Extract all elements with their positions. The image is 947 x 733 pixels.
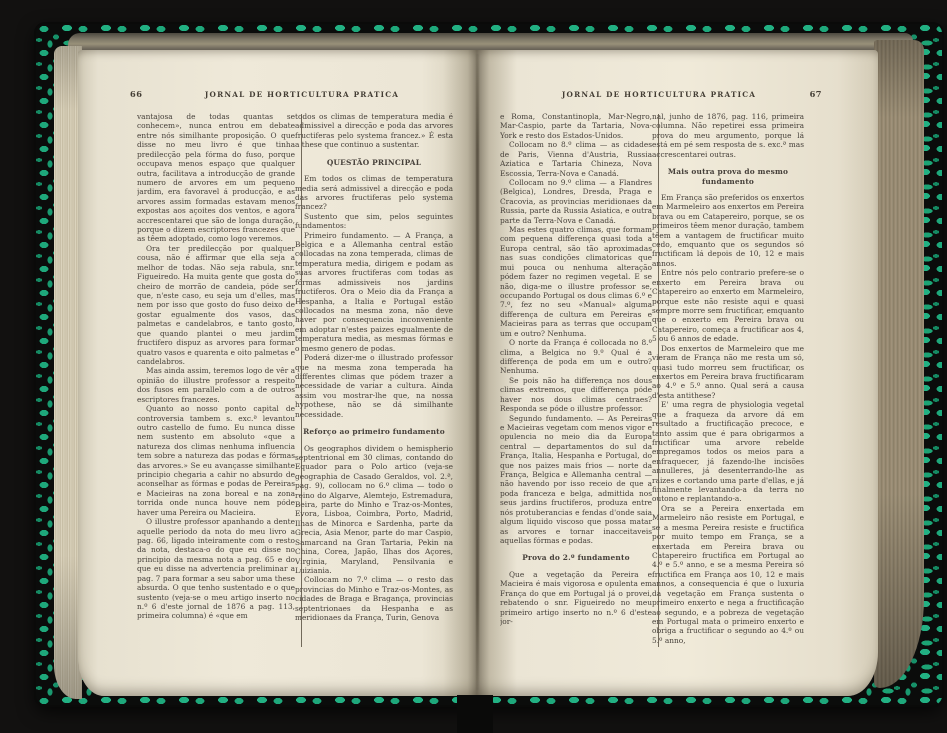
paragraph: Collocam no 8.º clima — as cidades de Pa… [500, 140, 652, 178]
left-page-column-1: vantajosa de todas quantas se conhecem»,… [137, 112, 295, 651]
column-divider [301, 114, 302, 647]
right-page-header: JORNAL DE HORTICULTURA PRATICA 67 [500, 90, 818, 102]
left-page-column-2: todos os climas de temperatura media é a… [295, 112, 453, 651]
paragraph: Primeiro fundamento. — A França, a Belgi… [295, 231, 453, 353]
right-page-columns: e Roma, Constantinopla, Mar-Negro, Mar-C… [500, 112, 818, 651]
section-heading-questao-principal: QUESTÃO PRINCIPAL [297, 158, 451, 167]
paragraph: nal, junho de 1876, pag. 116, primeira c… [652, 112, 804, 159]
paragraph: O norte da França é collocada no 8.º cli… [500, 338, 652, 376]
paragraph: Quanto ao nosso ponto capital de controv… [137, 404, 295, 517]
paragraph: Collocam no 9.º clima — a Flandres (Belg… [500, 178, 652, 225]
left-page-columns: vantajosa de todas quantas se conhecem»,… [137, 112, 467, 651]
right-page-number: 67 [810, 89, 822, 99]
left-page-header: 66 JORNAL DE HORTICULTURA PRATICA [137, 90, 467, 102]
paragraph: Collocam no 7.º clima — o resto das prov… [295, 575, 453, 622]
book-gutter-shadow [476, 54, 479, 690]
paragraph: Entre nós pelo contrario prefere-se o en… [652, 268, 804, 343]
spine-bottom-gap [457, 695, 493, 733]
paragraph: Em todos os climas de temperatura media … [295, 174, 453, 212]
paragraph: e Roma, Constantinopla, Mar-Negro, Mar-C… [500, 112, 652, 140]
left-running-title: JORNAL DE HORTICULTURA PRATICA [137, 90, 467, 99]
column-divider [658, 114, 659, 647]
paragraph: O illustre professor apanhando a dente a… [137, 517, 295, 621]
left-page: 66 JORNAL DE HORTICULTURA PRATICA vantaj… [78, 50, 477, 696]
paragraph: Se pois não ha differença nos dous clima… [500, 376, 652, 414]
right-page-column-2: nal, junho de 1876, pag. 116, primeira c… [652, 112, 804, 651]
paragraph: vantajosa de todas quantas se conhecem»,… [137, 112, 295, 244]
right-running-title: JORNAL DE HORTICULTURA PRATICA [500, 90, 818, 99]
paragraph: Os geographos dividem o hemispherio sept… [295, 444, 453, 576]
paragraph: Dos enxertos de Marmeleiro que me vieram… [652, 344, 804, 401]
paragraph: Segundo fundamento. — As Pereiras e Maci… [500, 414, 652, 546]
paragraph: Mas ainda assim, teremos logo de vêr a o… [137, 366, 295, 404]
photographed-book-scene: 66 JORNAL DE HORTICULTURA PRATICA vantaj… [0, 0, 947, 733]
section-heading-mais-outra-prova: Mais outra prova do mesmo fundamento [654, 167, 802, 186]
paragraph: Mas estes quatro climas, que formam com … [500, 225, 652, 338]
page-edges-right [874, 40, 924, 688]
paragraph: E' uma regra de physiologia vegetal que … [652, 400, 804, 504]
paragraph: Ora se a Pereira enxertada em Marmeleiro… [652, 504, 804, 645]
paragraph: Sustento que sim, pelos seguintes fundam… [295, 212, 453, 231]
paragraph: Ora ter predilecção por qualquer cousa, … [137, 244, 295, 366]
section-heading-prova: Prova do 2.º fundamento [502, 553, 650, 562]
paragraph: Em França são preferidos os enxertos em … [652, 193, 804, 268]
paragraph: Poderá dizer-me o illustrado professor q… [295, 353, 453, 419]
paragraph: Que a vegetação da Pereira e Macieira é … [500, 570, 652, 627]
section-heading-reforco: Reforço ao primeiro fundamento [297, 427, 451, 436]
right-page: JORNAL DE HORTICULTURA PRATICA 67 e Roma… [477, 50, 878, 696]
paragraph: todos os climas de temperatura media é a… [295, 112, 453, 150]
right-page-column-1: e Roma, Constantinopla, Mar-Negro, Mar-C… [500, 112, 652, 651]
